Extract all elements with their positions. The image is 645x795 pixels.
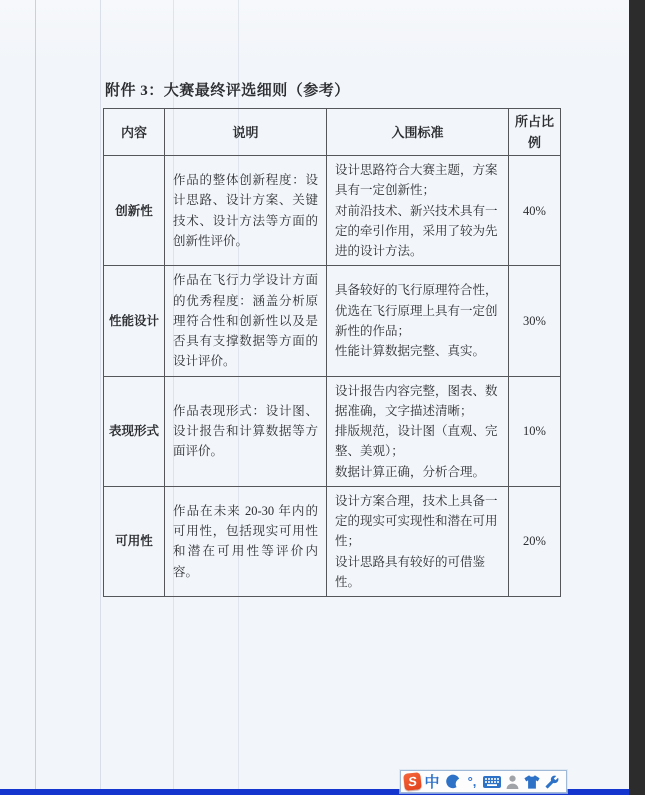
punctuation-icon: °, bbox=[468, 774, 477, 789]
scan-fold-line bbox=[35, 0, 36, 795]
table-row: 表现形式 作品表现形式：设计图、设计报告和计算数据等方面评价。 设计报告内容完整… bbox=[104, 376, 561, 486]
row-name: 可用性 bbox=[104, 486, 165, 596]
scan-fold-line bbox=[100, 0, 101, 795]
row-description: 作品在未来 20-30 年内的可用性，包括现实可用性和潜在可用性等评价内容。 bbox=[165, 486, 327, 596]
soft-keyboard-button[interactable] bbox=[483, 771, 501, 792]
row-description: 作品表现形式：设计图、设计报告和计算数据等方面评价。 bbox=[165, 376, 327, 486]
table-row: 创新性 作品的整体创新程度：设计思路、设计方案、关键技术、设计方法等方面的创新性… bbox=[104, 156, 561, 266]
row-description: 作品在飞行力学设计方面的优秀程度：涵盖分析原理符合性和创新性以及是否具有支撑数据… bbox=[165, 266, 327, 376]
table-row: 性能设计 作品在飞行力学设计方面的优秀程度：涵盖分析原理符合性和创新性以及是否具… bbox=[104, 266, 561, 376]
row-weight: 20% bbox=[509, 486, 561, 596]
row-criteria: 具备较好的飞行原理符合性，优选在飞行原理上具有一定创新性的作品； 性能计算数据完… bbox=[327, 266, 509, 376]
skin-button[interactable] bbox=[523, 771, 541, 792]
row-name: 创新性 bbox=[104, 156, 165, 266]
screen: { "document": { "title": "附件 3：大赛最终评选细则（… bbox=[0, 0, 645, 795]
row-criteria: 设计方案合理，技术上具备一定的现实可实现性和潜在可用性； 设计思路具有较好的可借… bbox=[327, 486, 509, 596]
row-description: 作品的整体创新程度：设计思路、设计方案、关键技术、设计方法等方面的创新性评价。 bbox=[165, 156, 327, 266]
evaluation-table: 内容 说明 入围标准 所占比例 创新性 作品的整体创新程度：设计思路、设计方案、… bbox=[103, 108, 561, 597]
moon-icon bbox=[445, 774, 460, 789]
column-header-content: 内容 bbox=[104, 109, 165, 156]
table-header-row: 内容 说明 入围标准 所占比例 bbox=[104, 109, 561, 156]
tshirt-icon bbox=[524, 775, 540, 789]
chinese-mode-label: 中 bbox=[424, 771, 439, 792]
toolbox-button[interactable] bbox=[543, 771, 561, 792]
column-header-weight: 所占比例 bbox=[509, 109, 561, 156]
row-weight: 30% bbox=[509, 266, 561, 376]
person-icon bbox=[506, 775, 519, 789]
scan-dark-edge bbox=[629, 0, 645, 795]
keyboard-icon bbox=[483, 776, 501, 788]
table-row: 可用性 作品在未来 20-30 年内的可用性，包括现实可用性和潜在可用性等评价内… bbox=[104, 486, 561, 596]
row-name: 性能设计 bbox=[104, 266, 165, 376]
punctuation-toggle-button[interactable]: °, bbox=[463, 771, 481, 792]
column-header-description: 说明 bbox=[165, 109, 327, 156]
column-header-criteria: 入围标准 bbox=[327, 109, 509, 156]
row-name: 表现形式 bbox=[104, 376, 165, 486]
ime-toolbar: S 中 °, bbox=[400, 770, 567, 793]
fullwidth-toggle-button[interactable] bbox=[443, 771, 461, 792]
row-criteria: 设计报告内容完整，图表、数据准确，文字描述清晰； 排版规范，设计图（直观、完整、… bbox=[327, 376, 509, 486]
sogou-logo-icon: S bbox=[403, 772, 422, 791]
row-weight: 40% bbox=[509, 156, 561, 266]
chinese-mode-button[interactable]: 中 bbox=[423, 771, 441, 792]
row-weight: 10% bbox=[509, 376, 561, 486]
row-criteria: 设计思路符合大赛主题，方案具有一定创新性； 对前沿技术、新兴技术具有一定的牵引作… bbox=[327, 156, 509, 266]
page-title: 附件 3：大赛最终评选细则（参考） bbox=[105, 79, 350, 100]
wrench-icon bbox=[545, 775, 559, 789]
sogou-logo-button[interactable]: S bbox=[403, 771, 421, 792]
account-button[interactable] bbox=[503, 771, 521, 792]
